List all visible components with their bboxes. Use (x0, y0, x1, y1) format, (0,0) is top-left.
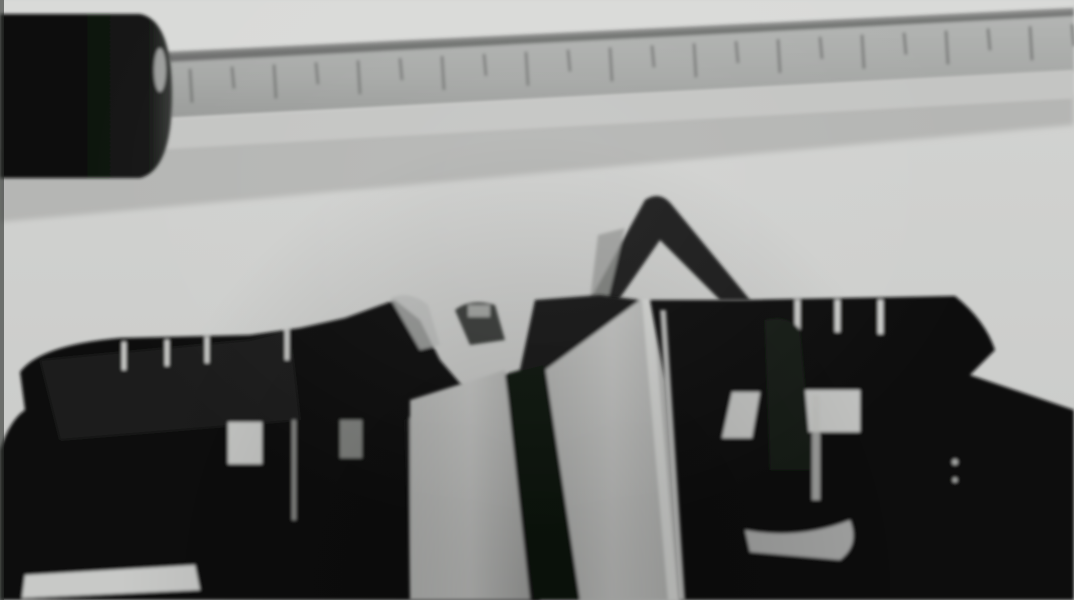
platen-knob (0, 14, 172, 178)
typewriter-illustration (0, 0, 1074, 600)
typewriter-photo (0, 0, 1074, 600)
